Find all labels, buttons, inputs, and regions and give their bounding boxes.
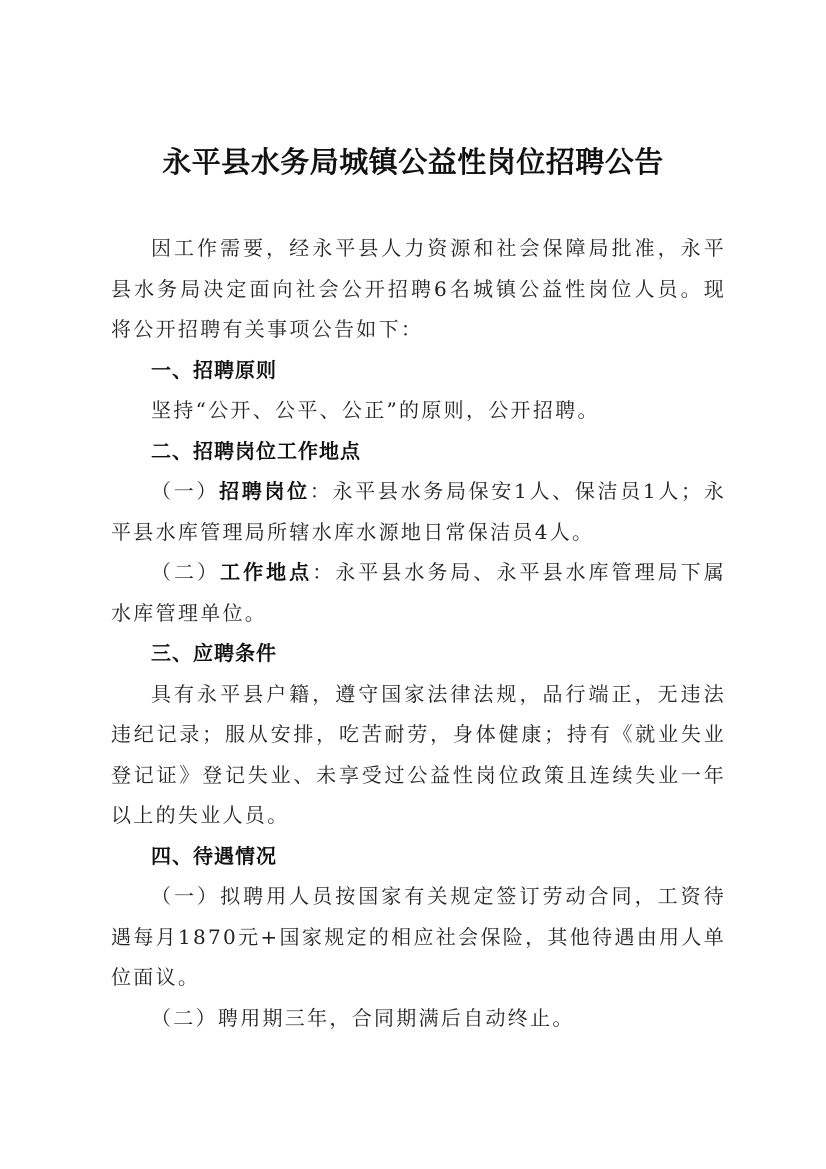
positions-paragraph: （一）招聘岗位：永平县水务局保安1人、保洁员1人；永平县水库管理局所辖水库水源地… [111, 471, 726, 552]
intro-paragraph: 因工作需要，经永平县人力资源和社会保障局批准，永平县水务局决定面向社会公开招聘6… [111, 228, 726, 350]
positions-label: 招聘岗位 [219, 479, 310, 503]
document-body: 因工作需要，经永平县人力资源和社会保障局批准，永平县水务局决定面向社会公开招聘6… [111, 228, 726, 1038]
section-heading-compensation: 四、待遇情况 [111, 836, 726, 877]
location-label: 工作地点 [220, 560, 312, 584]
section-heading-principles: 一、招聘原则 [111, 350, 726, 391]
document-title: 永平县水务局城镇公益性岗位招聘公告 [0, 140, 826, 181]
requirements-paragraph: 具有永平县户籍，遵守国家法律法规，品行端正，无违法违纪记录；服从安排，吃苦耐劳，… [111, 674, 726, 836]
document-page: 永平县水务局城镇公益性岗位招聘公告 因工作需要，经永平县人力资源和社会保障局批准… [0, 0, 826, 1169]
section-heading-requirements: 三、应聘条件 [111, 633, 726, 674]
principles-paragraph: 坚持“公开、公平、公正”的原则，公开招聘。 [111, 390, 726, 431]
compensation-paragraph-1: （一）拟聘用人员按国家有关规定签订劳动合同，工资待遇每月1870元+国家规定的相… [111, 876, 726, 998]
section-heading-positions-location: 二、招聘岗位工作地点 [111, 431, 726, 472]
location-prefix: （二） [151, 560, 220, 584]
positions-prefix: （一） [151, 479, 219, 503]
location-paragraph: （二）工作地点：永平县水务局、永平县水库管理局下属水库管理单位。 [111, 552, 726, 633]
compensation-paragraph-2: （二）聘用期三年，合同期满后自动终止。 [111, 998, 726, 1039]
